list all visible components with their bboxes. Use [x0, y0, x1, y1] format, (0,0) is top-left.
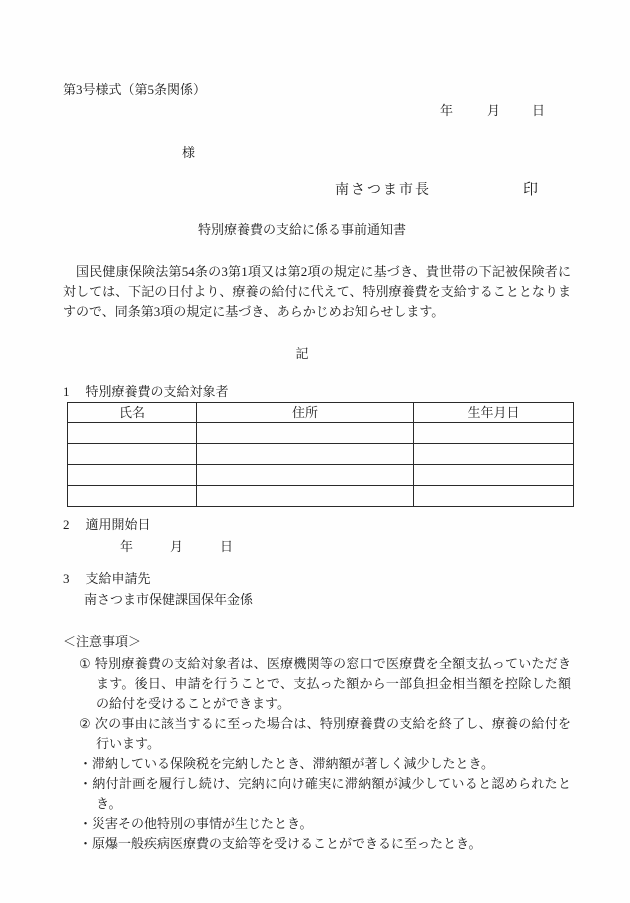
issue-date-year-label: 年	[440, 101, 453, 121]
table-cell	[197, 465, 414, 486]
bullet-marker: ・	[79, 756, 92, 771]
note-item-1-marker: ①	[79, 656, 91, 671]
body-paragraph: 国民健康保険法第54条の3第1項又は第2項の規定に基づき、貴世帯の下記被保険者に…	[63, 262, 571, 322]
section-1-number: 1	[63, 384, 70, 399]
table-header-address: 住所	[197, 403, 414, 423]
table-header-row: 氏名 住所 生年月日	[68, 403, 574, 423]
section-2-heading: 適用開始日	[86, 517, 151, 532]
issue-date-month-label: 月	[487, 101, 500, 121]
table-header-birthdate: 生年月日	[414, 403, 574, 423]
start-date-month-label: 月	[170, 537, 183, 557]
section-1-heading: 特別療養費の支給対象者	[86, 384, 229, 399]
table-cell	[414, 444, 574, 465]
recipients-table: 氏名 住所 生年月日	[67, 402, 574, 507]
table-row	[68, 444, 574, 465]
table-cell	[414, 486, 574, 507]
section-2-heading-line: 2適用開始日	[63, 515, 151, 535]
issuer-name: 南さつま市長	[335, 181, 431, 201]
table-row	[68, 423, 574, 444]
note-item-1: ①特別療養費の支給対象者は、医療機関等の窓口で医療費を全額支払っていただきます。…	[79, 654, 571, 714]
section-2-number: 2	[63, 517, 70, 532]
table-cell	[68, 444, 197, 465]
bullet-item-1: ・滞納している保険税を完納したとき、滞納額が著しく減少したとき。	[79, 754, 571, 774]
section-3-heading: 支給申請先	[86, 571, 151, 586]
bullet-item-3: ・災害その他特別の事情が生じたとき。	[79, 814, 571, 834]
bullet-item-2-text: 納付計画を履行し続け、完納に向け確実に滞納額が減少していると認められたとき。	[92, 776, 571, 811]
table-row	[68, 465, 574, 486]
bullet-marker: ・	[79, 776, 92, 791]
table-row	[68, 486, 574, 507]
document-title: 特別療養費の支給に係る事前通知書	[0, 220, 630, 240]
bullet-item-4-text: 原爆一般疾病医療費の支給等を受けることができるに至ったとき。	[92, 836, 481, 851]
bullet-item-2: ・納付計画を履行し続け、完納に向け確実に滞納額が減少していると認められたとき。	[79, 774, 571, 814]
bullet-item-4: ・原爆一般疾病医療費の支給等を受けることができるに至ったとき。	[79, 834, 571, 854]
note-item-2-marker: ②	[79, 716, 91, 731]
note-item-1-text: 特別療養費の支給対象者は、医療機関等の窓口で医療費を全額支払っていただきます。後…	[95, 656, 571, 711]
section-3-heading-line: 3支給申請先	[63, 569, 151, 589]
section-3-number: 3	[63, 571, 70, 586]
table-cell	[197, 486, 414, 507]
table-cell	[68, 423, 197, 444]
start-date-day-label: 日	[220, 537, 233, 557]
bullet-item-3-text: 災害その他特別の事情が生じたとき。	[92, 816, 312, 831]
application-office-name: 南さつま市保健課国保年金係	[84, 590, 253, 610]
table-cell	[197, 423, 414, 444]
issue-date-day-label: 日	[532, 101, 545, 121]
addressee-suffix: 様	[182, 143, 195, 163]
start-date-year-label: 年	[120, 537, 133, 557]
notes-heading: ＜注意事項＞	[63, 632, 141, 652]
table-cell	[68, 486, 197, 507]
seal-mark: 印	[523, 180, 538, 200]
bullet-item-1-text: 滞納している保険税を完納したとき、滞納額が著しく減少したとき。	[92, 756, 494, 771]
bullet-marker: ・	[79, 836, 92, 851]
table-cell	[197, 444, 414, 465]
table-header-name: 氏名	[68, 403, 197, 423]
section-1-heading-line: 1特別療養費の支給対象者	[63, 382, 229, 402]
document-page: 第3号様式（第5条関係） 年 月 日 様 南さつま市長 印 特別療養費の支給に係…	[0, 0, 630, 903]
form-number: 第3号様式（第5条関係）	[63, 80, 206, 100]
table-cell	[68, 465, 197, 486]
note-item-2: ②次の事由に該当するに至った場合は、特別療養費の支給を終了し、療養の給付を行いま…	[79, 714, 571, 754]
bullet-marker: ・	[79, 816, 92, 831]
table-cell	[414, 465, 574, 486]
notes-body: ①特別療養費の支給対象者は、医療機関等の窓口で医療費を全額支払っていただきます。…	[79, 654, 571, 854]
note-item-2-text: 次の事由に該当するに至った場合は、特別療養費の支給を終了し、療養の給付を行います…	[95, 716, 571, 751]
table-cell	[414, 423, 574, 444]
ki-marker: 記	[0, 344, 630, 364]
